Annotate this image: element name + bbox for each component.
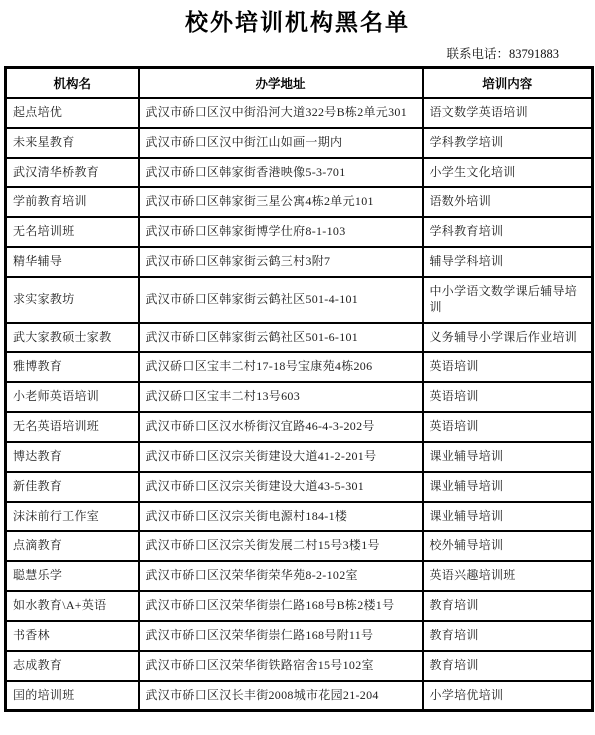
table-row: 求实家教坊 武汉市硚口区韩家街云鹤社区501-4-101 中小学语文数学课后辅导… xyxy=(6,277,593,323)
training-content-cell: 学科教育培训 xyxy=(423,217,593,247)
table-header: 机构名 办学地址 培训内容 xyxy=(6,68,593,99)
training-content-cell: 中小学语文数学课后辅导培训 xyxy=(423,277,593,323)
table-row: 沫沫前行工作室 武汉市硚口区汉宗关街电源村184-1楼 课业辅导培训 xyxy=(6,502,593,532)
address-cell: 武汉市硚口区韩家街云鹤三村3附7 xyxy=(139,247,423,277)
address-cell: 武汉市硚口区汉宗关街发展二村15号3楼1号 xyxy=(139,531,423,561)
table-row: 如水教育\A+英语 武汉市硚口区汉荣华街崇仁路168号B栋2楼1号 教育培训 xyxy=(6,591,593,621)
address-cell: 武汉市硚口区汉荣华街荣华苑8-2-102室 xyxy=(139,561,423,591)
institution-name-cell: 雅博教育 xyxy=(6,352,139,382)
institution-name-cell: 点滴教育 xyxy=(6,531,139,561)
table-row: 点滴教育 武汉市硚口区汉宗关街发展二村15号3楼1号 校外辅导培训 xyxy=(6,531,593,561)
table-row: 武大家教硕士家教 武汉市硚口区韩家街云鹤社区501-6-101 义务辅导小学课后… xyxy=(6,323,593,353)
training-content-cell: 教育培训 xyxy=(423,621,593,651)
training-content-cell: 英语兴趣培训班 xyxy=(423,561,593,591)
training-content-cell: 语数外培训 xyxy=(423,187,593,217)
training-content-cell: 小学生文化培训 xyxy=(423,158,593,188)
address-cell: 武汉市硚口区汉宗关街建设大道43-5-301 xyxy=(139,472,423,502)
address-cell: 武汉市硚口区韩家街香港映像5-3-701 xyxy=(139,158,423,188)
training-content-cell: 辅导学科培训 xyxy=(423,247,593,277)
table-row: 无名培训班 武汉市硚口区韩家街博学仕府8-1-103 学科教育培训 xyxy=(6,217,593,247)
table-row: 学前教育培训 武汉市硚口区韩家街三星公寓4栋2单元101 语数外培训 xyxy=(6,187,593,217)
training-content-cell: 课业辅导培训 xyxy=(423,472,593,502)
institution-name-cell: 博达教育 xyxy=(6,442,139,472)
document-page: { "page": { "title": "校外培训机构黑名单", "conta… xyxy=(0,0,595,735)
institution-name-cell: 聪慧乐学 xyxy=(6,561,139,591)
address-cell: 武汉市硚口区韩家街博学仕府8-1-103 xyxy=(139,217,423,247)
table-row: 志成教育 武汉市硚口区汉荣华街铁路宿舍15号102室 教育培训 xyxy=(6,651,593,681)
address-cell: 武汉市硚口区汉荣华街铁路宿舍15号102室 xyxy=(139,651,423,681)
address-cell: 武汉市硚口区汉荣华街崇仁路168号附11号 xyxy=(139,621,423,651)
table-row: 雅博教育 武汉硚口区宝丰二村17-18号宝康苑4栋206 英语培训 xyxy=(6,352,593,382)
institution-name-cell: 囯的培训班 xyxy=(6,681,139,711)
table-row: 新佳教育 武汉市硚口区汉宗关街建设大道43-5-301 课业辅导培训 xyxy=(6,472,593,502)
table-row: 书香林 武汉市硚口区汉荣华街崇仁路168号附11号 教育培训 xyxy=(6,621,593,651)
page-title: 校外培训机构黑名单 xyxy=(0,4,595,37)
contact-phone: 联系电话：83791883 xyxy=(0,44,559,62)
table-row: 博达教育 武汉市硚口区汉宗关街建设大道41-2-201号 课业辅导培训 xyxy=(6,442,593,472)
header-address: 办学地址 xyxy=(139,68,423,99)
training-content-cell: 教育培训 xyxy=(423,591,593,621)
institution-name-cell: 书香林 xyxy=(6,621,139,651)
training-content-cell: 英语培训 xyxy=(423,382,593,412)
address-cell: 武汉市硚口区汉宗关街建设大道41-2-201号 xyxy=(139,442,423,472)
training-content-cell: 校外辅导培训 xyxy=(423,531,593,561)
table-row: 精华辅导 武汉市硚口区韩家街云鹤三村3附7 辅导学科培训 xyxy=(6,247,593,277)
training-content-cell: 教育培训 xyxy=(423,651,593,681)
header-training-content: 培训内容 xyxy=(423,68,593,99)
training-content-cell: 语文数学英语培训 xyxy=(423,98,593,128)
blacklist-table: 机构名 办学地址 培训内容 起点培优 武汉市硚口区汉中街沿河大道322号B栋2单… xyxy=(4,66,594,712)
table-row: 囯的培训班 武汉市硚口区汉长丰街2008城市花园21-204 小学培优培训 xyxy=(6,681,593,711)
table-row: 小老师英语培训 武汉硚口区宝丰二村13号603 英语培训 xyxy=(6,382,593,412)
table-row: 起点培优 武汉市硚口区汉中街沿河大道322号B栋2单元301 语文数学英语培训 xyxy=(6,98,593,128)
institution-name-cell: 志成教育 xyxy=(6,651,139,681)
address-cell: 武汉市硚口区汉宗关街电源村184-1楼 xyxy=(139,502,423,532)
institution-name-cell: 求实家教坊 xyxy=(6,277,139,323)
address-cell: 武汉市硚口区汉中街沿河大道322号B栋2单元301 xyxy=(139,98,423,128)
address-cell: 武汉硚口区宝丰二村13号603 xyxy=(139,382,423,412)
header-row: 机构名 办学地址 培训内容 xyxy=(6,68,593,99)
table-row: 聪慧乐学 武汉市硚口区汉荣华街荣华苑8-2-102室 英语兴趣培训班 xyxy=(6,561,593,591)
institution-name-cell: 沫沫前行工作室 xyxy=(6,502,139,532)
address-cell: 武汉市硚口区汉长丰街2008城市花园21-204 xyxy=(139,681,423,711)
institution-name-cell: 未来星教育 xyxy=(6,128,139,158)
institution-name-cell: 学前教育培训 xyxy=(6,187,139,217)
training-content-cell: 学科教学培训 xyxy=(423,128,593,158)
institution-name-cell: 起点培优 xyxy=(6,98,139,128)
training-content-cell: 义务辅导小学课后作业培训 xyxy=(423,323,593,353)
address-cell: 武汉市硚口区汉荣华街崇仁路168号B栋2楼1号 xyxy=(139,591,423,621)
institution-name-cell: 新佳教育 xyxy=(6,472,139,502)
institution-name-cell: 如水教育\A+英语 xyxy=(6,591,139,621)
header-institution-name: 机构名 xyxy=(6,68,139,99)
training-content-cell: 课业辅导培训 xyxy=(423,442,593,472)
institution-name-cell: 精华辅导 xyxy=(6,247,139,277)
institution-name-cell: 小老师英语培训 xyxy=(6,382,139,412)
table-row: 武汉清华桥教育 武汉市硚口区韩家街香港映像5-3-701 小学生文化培训 xyxy=(6,158,593,188)
training-content-cell: 英语培训 xyxy=(423,352,593,382)
address-cell: 武汉市硚口区韩家街云鹤社区501-4-101 xyxy=(139,277,423,323)
table-row: 无名英语培训班 武汉市硚口区汉水桥街汉宜路46-4-3-202号 英语培训 xyxy=(6,412,593,442)
address-cell: 武汉市硚口区韩家街云鹤社区501-6-101 xyxy=(139,323,423,353)
institution-name-cell: 武汉清华桥教育 xyxy=(6,158,139,188)
institution-name-cell: 无名培训班 xyxy=(6,217,139,247)
training-content-cell: 英语培训 xyxy=(423,412,593,442)
institution-name-cell: 武大家教硕士家教 xyxy=(6,323,139,353)
training-content-cell: 课业辅导培训 xyxy=(423,502,593,532)
table-row: 未来星教育 武汉市硚口区汉中街江山如画一期内 学科教学培训 xyxy=(6,128,593,158)
training-content-cell: 小学培优培训 xyxy=(423,681,593,711)
institution-name-cell: 无名英语培训班 xyxy=(6,412,139,442)
address-cell: 武汉市硚口区韩家街三星公寓4栋2单元101 xyxy=(139,187,423,217)
address-cell: 武汉市硚口区汉中街江山如画一期内 xyxy=(139,128,423,158)
address-cell: 武汉市硚口区汉水桥街汉宜路46-4-3-202号 xyxy=(139,412,423,442)
address-cell: 武汉硚口区宝丰二村17-18号宝康苑4栋206 xyxy=(139,352,423,382)
table-body: 起点培优 武汉市硚口区汉中街沿河大道322号B栋2单元301 语文数学英语培训 … xyxy=(6,98,593,711)
